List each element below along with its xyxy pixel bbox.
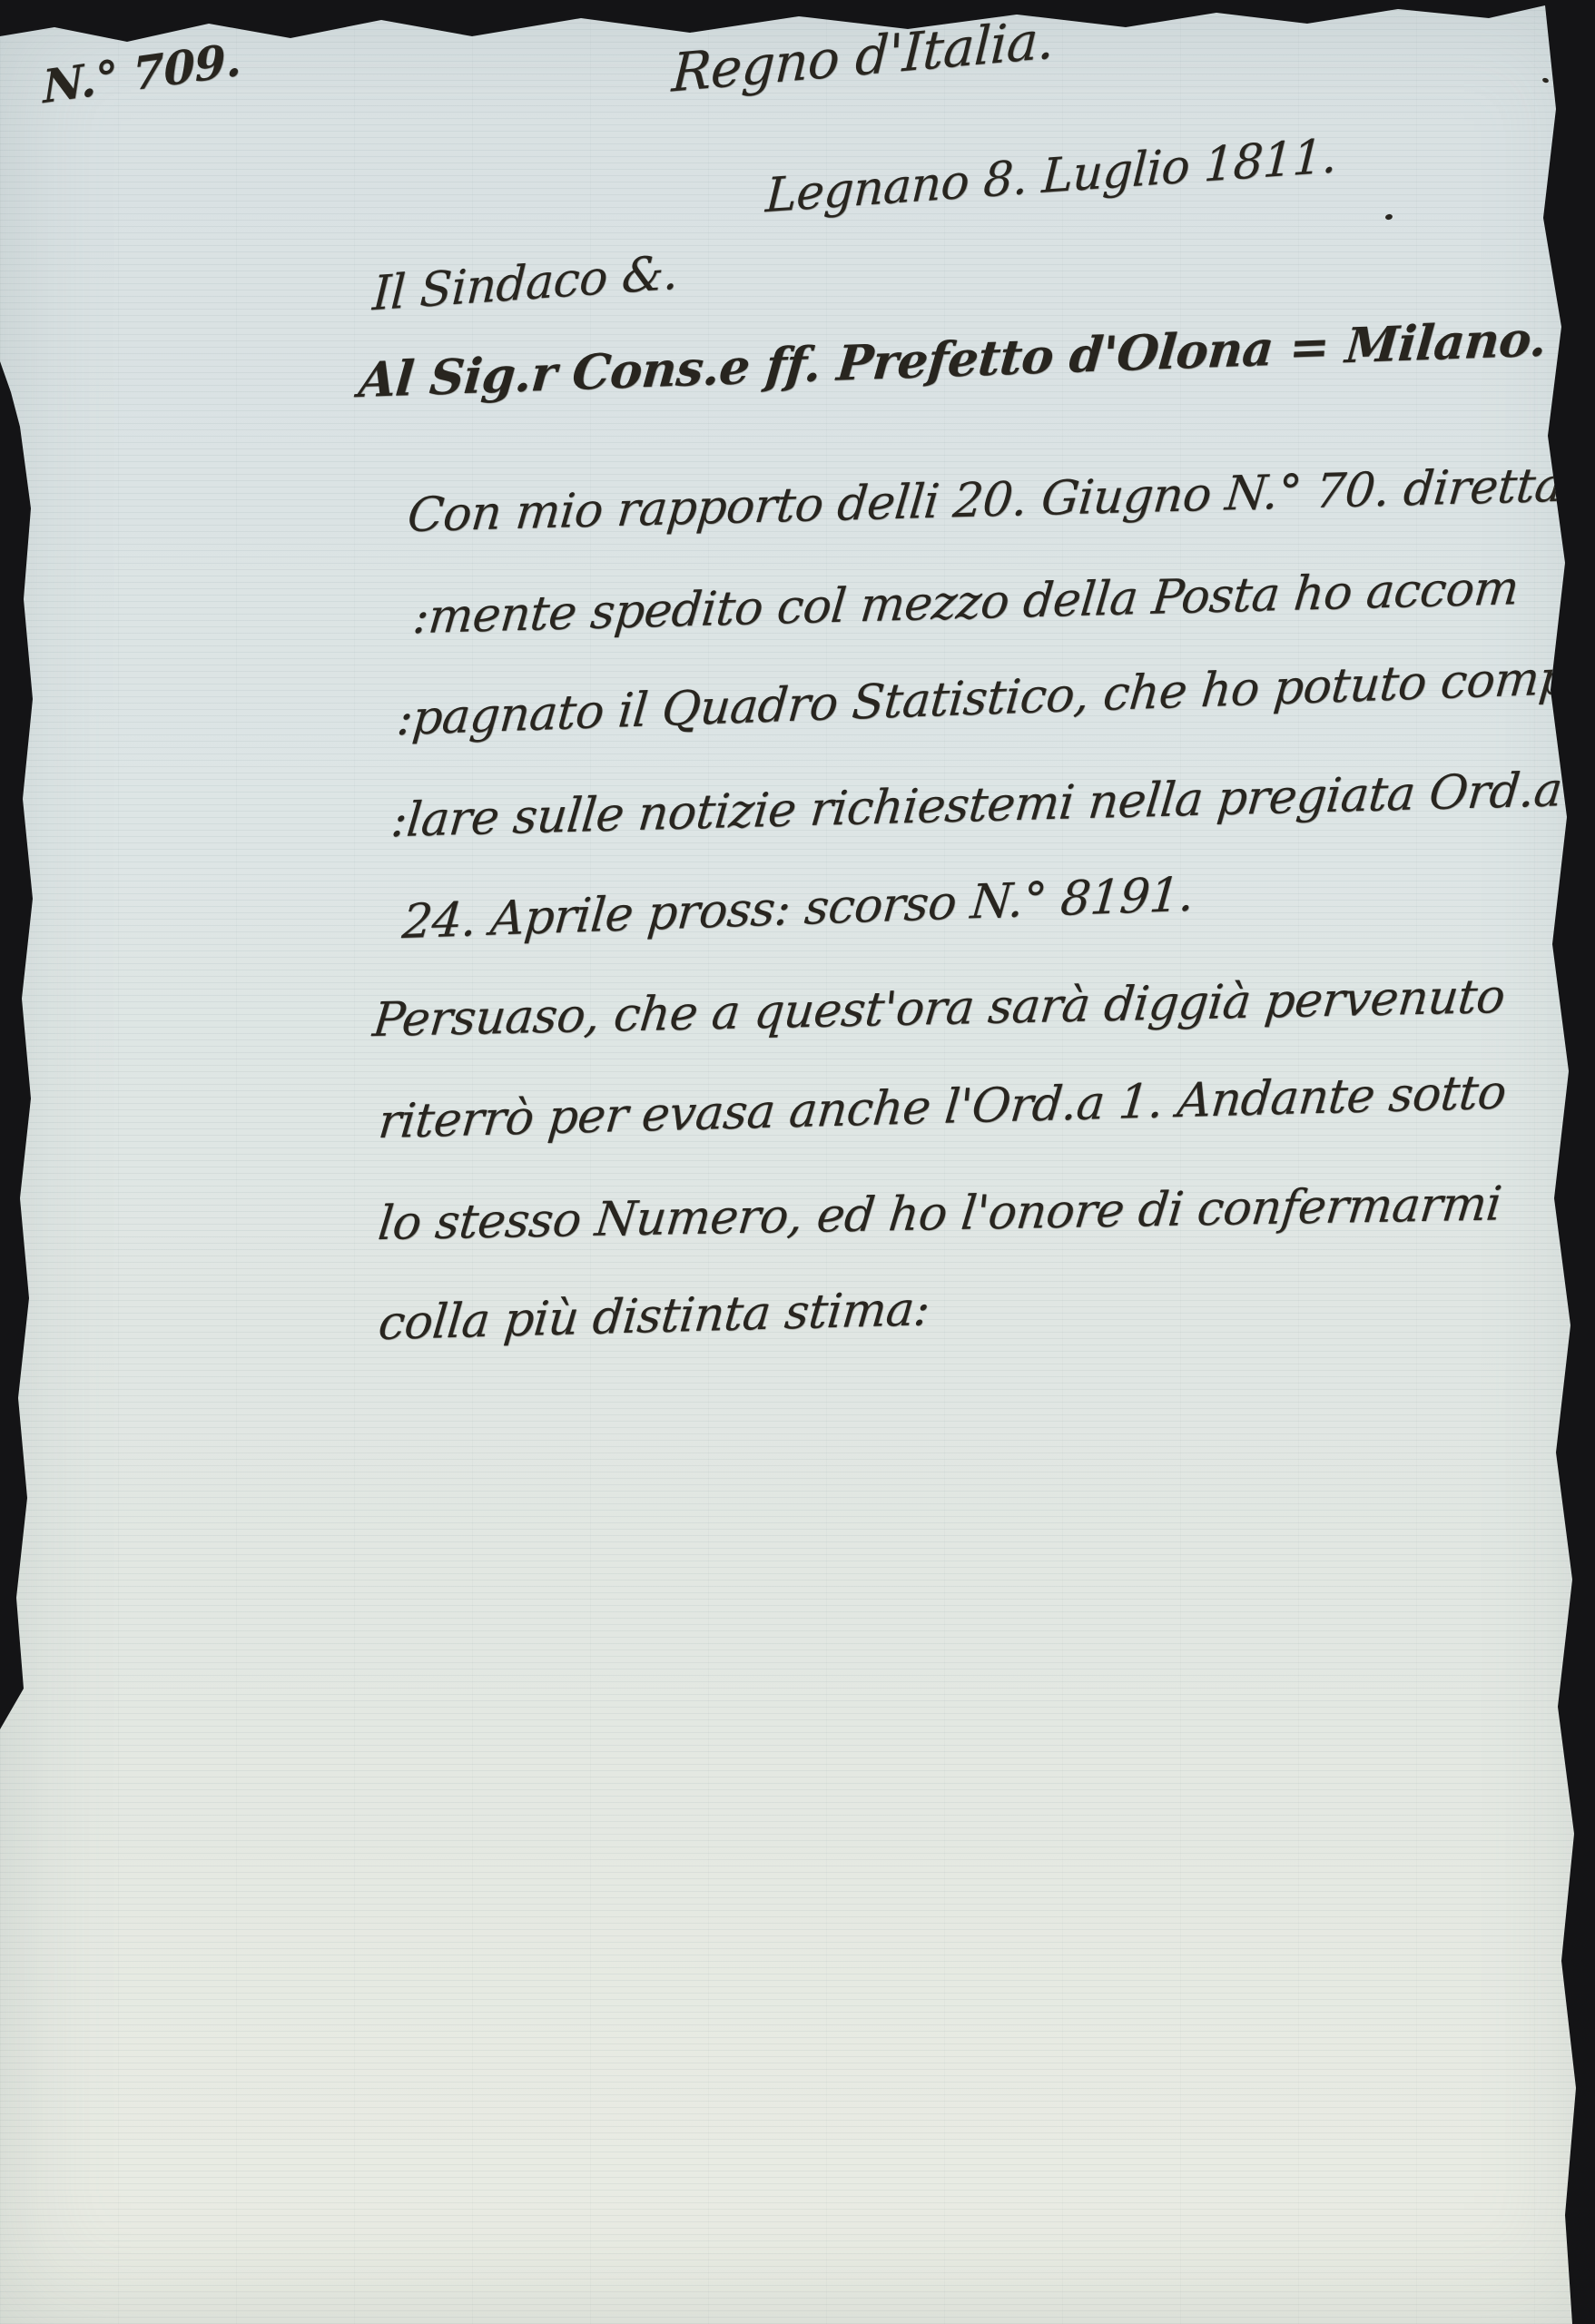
body-line: :lare sulle notizie richiestemi nella pr… — [389, 763, 1564, 848]
letterhead-title: Regno d'Italia. — [670, 8, 1055, 103]
ink-speck — [1541, 77, 1549, 84]
body-line: colla più distinta stima: — [376, 1282, 931, 1351]
letter-paper-sheet: N.° 709. Regno d'Italia. Legnano 8. Lugl… — [0, 0, 1595, 2324]
sender-line: Il Sindaco &. — [371, 245, 679, 321]
body-line: 24. Aprile pross: scorso N.° 8191. — [400, 868, 1196, 950]
archive-number: N.° 709. — [42, 32, 241, 113]
body-line: Con mio rapporto delli 20. Giugno N.° 70… — [405, 458, 1565, 543]
body-line: Persuaso, che a quest'ora sarà diggià pe… — [370, 970, 1507, 1048]
body-line: :pagnato il Quadro Statistico, che ho po… — [395, 650, 1586, 746]
ink-speck — [1384, 213, 1393, 221]
body-line: :mente spedito col mezzo della Posta ho … — [410, 561, 1521, 645]
body-line: riterrò per evasa anche l'Ord.a 1. Andan… — [376, 1065, 1508, 1149]
body-line: lo stesso Numero, ed ho l'onore di confe… — [376, 1177, 1504, 1251]
dateline: Legnano 8. Luglio 1811. — [764, 129, 1338, 223]
recipient-line: Al Sig.r Cons.e ff. Prefetto d'Olona = M… — [357, 310, 1549, 409]
photograph-stage: N.° 709. Regno d'Italia. Legnano 8. Lugl… — [0, 0, 1595, 2324]
